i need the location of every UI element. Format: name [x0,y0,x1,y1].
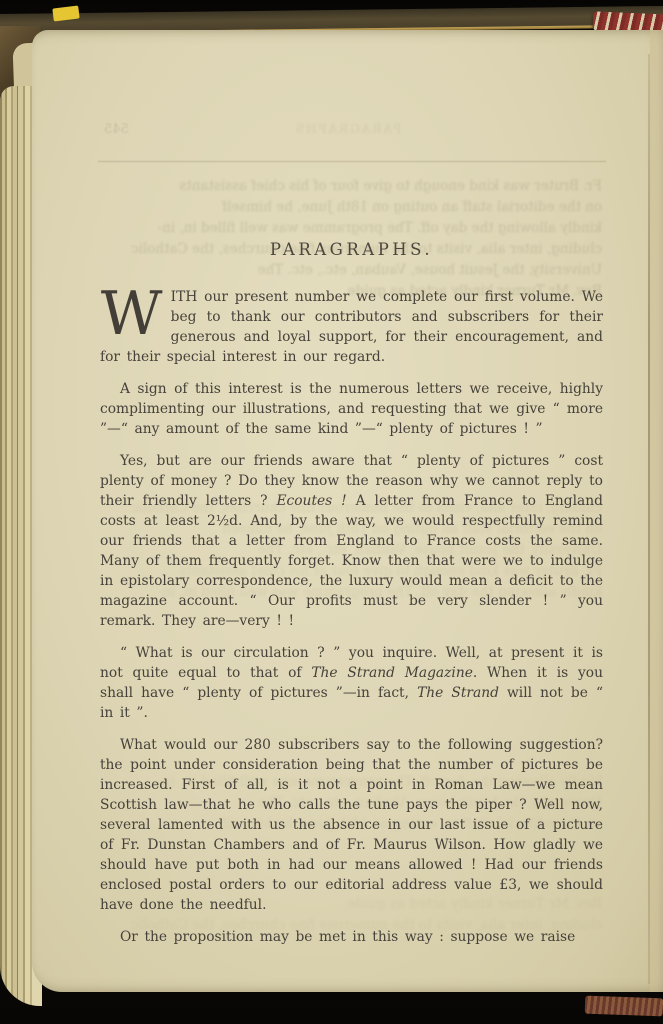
book-photo: 545 PARAGRAPHS Fr. Bruter was kind enoug… [0,0,663,1024]
paragraph-segment: A letter from France to England costs at… [100,493,603,629]
page-title: PARAGRAPHS. [100,240,603,260]
paragraph-6: Or the proposition may be met in this wa… [100,927,603,947]
paragraph-segment-italic: Ecoutes ! [276,493,346,509]
cover-corner-bottom-right [585,996,663,1017]
ghost-line: on the editorial staff an outing on 18th… [100,197,602,218]
paragraph-segment-italic: The Strand Magazine [311,665,473,681]
paragraph-1: WITH our present number we complete our … [100,287,603,367]
printed-text-block: PARAGRAPHS. WITH our present number we c… [100,240,603,947]
gutter-shading [650,30,663,992]
paragraph-2: A sign of this interest is the numerous … [100,379,603,439]
show-through-running-header: PARAGRAPHS [32,122,663,136]
ghost-line: Fr. Bruter was kind enough to give four … [100,176,602,197]
paragraph-segment: ITH our present number we complete our f… [100,289,603,365]
paragraph-5: What would our 280 subscribers say to th… [100,735,603,915]
paragraph-3: Yes, but are our friends aware that “ pl… [100,451,603,631]
show-through-rule [98,161,606,162]
drop-cap: W [99,287,172,345]
page: 545 PARAGRAPHS Fr. Bruter was kind enoug… [32,30,663,992]
paragraph-4: “ What is our circulation ? ” you inquir… [100,643,603,723]
paragraph-segment-italic: The Strand [417,685,499,701]
gutter-crease [648,54,650,984]
ghost-line: kindly allowing the day off. The program… [100,218,602,239]
